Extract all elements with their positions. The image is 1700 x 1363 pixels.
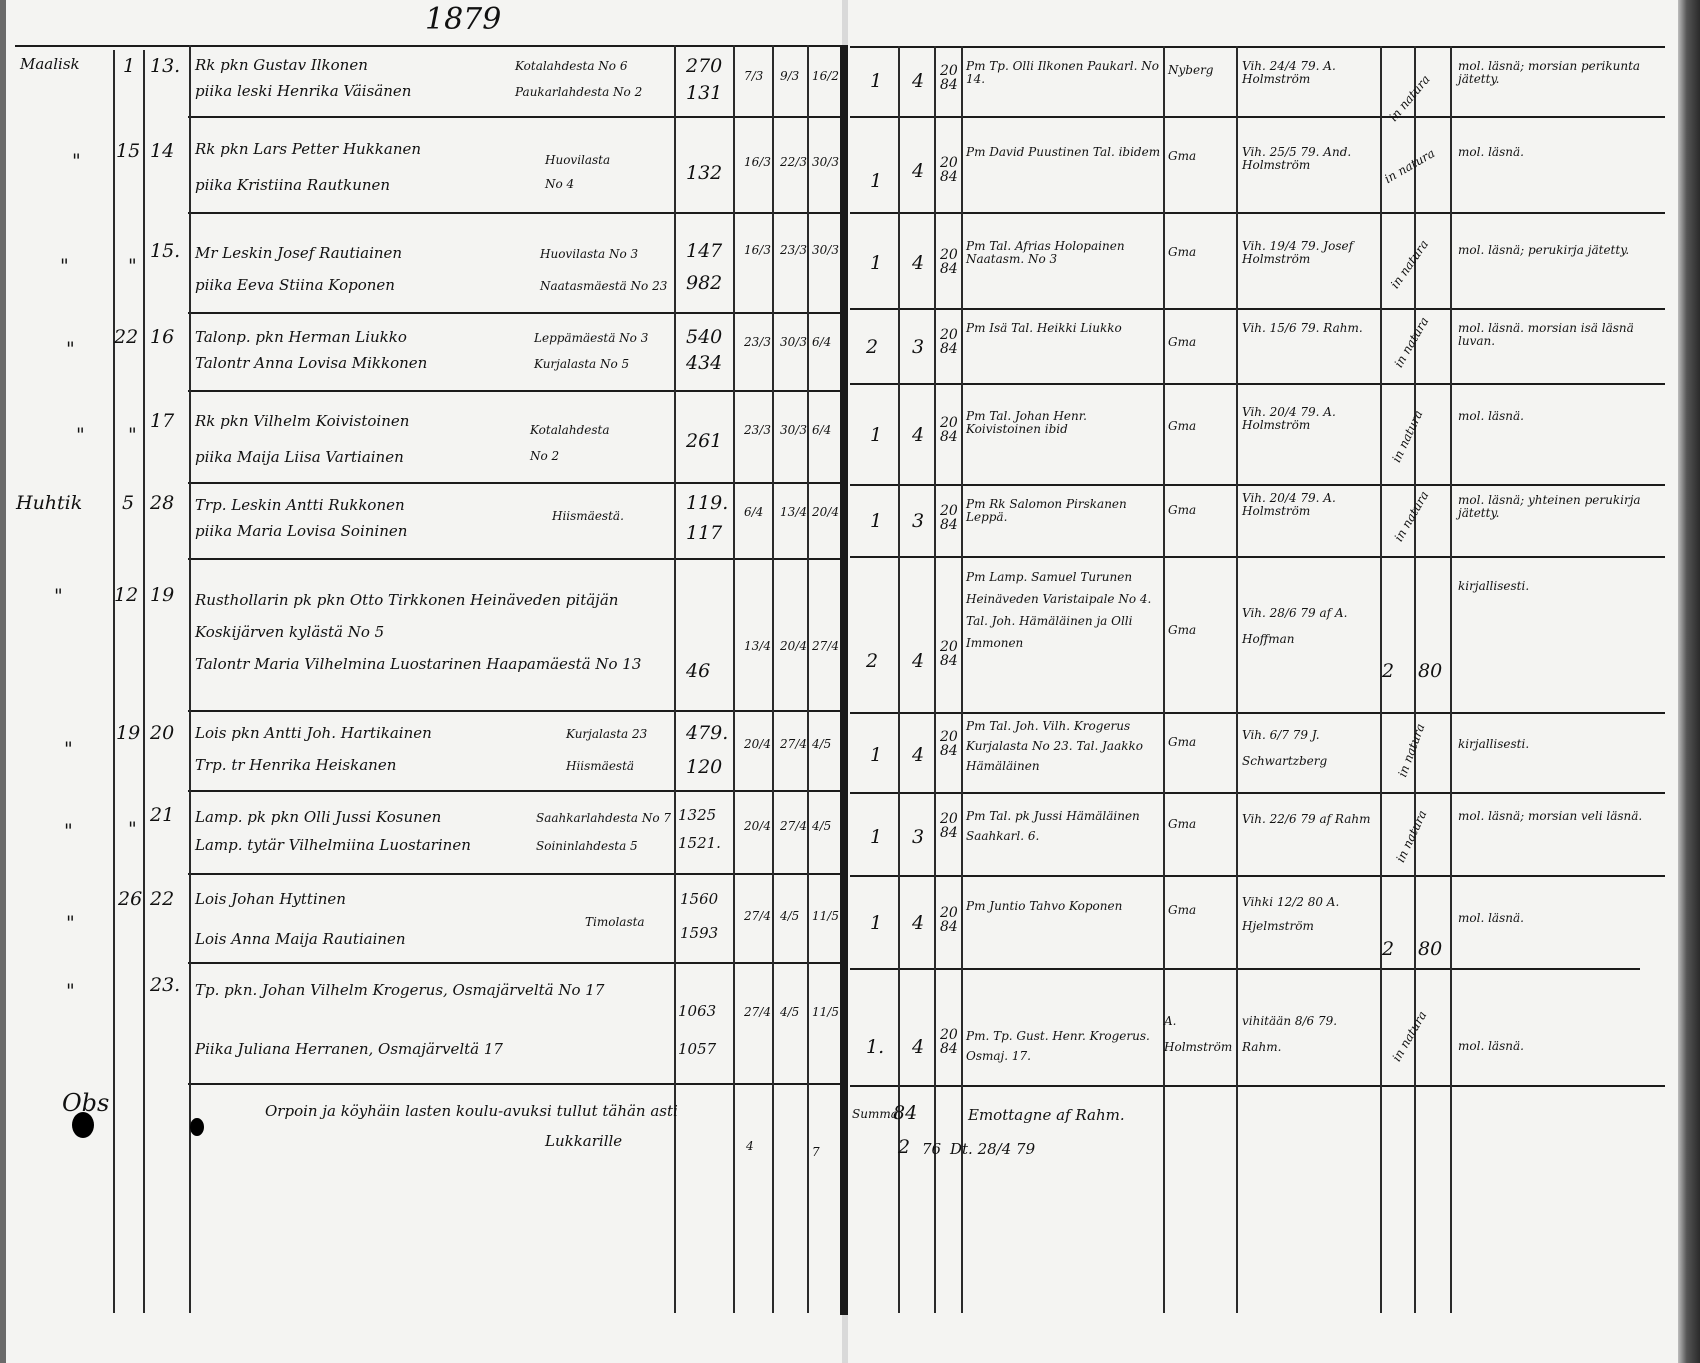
- received-date: Dt. 28/4 79: [950, 1140, 1035, 1158]
- banns-date: 16/3: [744, 244, 771, 257]
- page-ref: 982: [686, 272, 722, 294]
- witness: Pm Rk Salomon Pirskanen Leppä.: [966, 498, 1161, 524]
- recorder: Gma: [1168, 624, 1196, 637]
- bride: Lois Anna Maija Rautiainen: [195, 930, 406, 948]
- summa-sub: 2: [898, 1136, 910, 1158]
- column-rule: [772, 45, 774, 1313]
- recorder: Gma: [1168, 904, 1196, 917]
- entry-number: 20: [150, 722, 174, 744]
- fee: 2084: [940, 64, 958, 92]
- month: Huhtik: [16, 492, 82, 514]
- residence-bride: Naatasmäestä No 23: [540, 280, 667, 293]
- banns-date: 20/4: [744, 738, 771, 751]
- marriage-date: Vih. 22/6 79 af Rahm: [1242, 806, 1377, 832]
- col4: 4: [912, 912, 924, 934]
- page-ref: 1063: [678, 1002, 716, 1020]
- residence-bride: Hiismäestä: [566, 760, 634, 773]
- banns-date: 4/5: [780, 1006, 799, 1019]
- bride: Lamp. tytär Vilhelmiina Luostarinen: [195, 836, 471, 854]
- ink-blot: [190, 1118, 204, 1136]
- marriage-date: Vih. 19/4 79. Josef Holmström: [1242, 240, 1377, 266]
- groom: Mr Leskin Josef Rautiainen: [195, 244, 402, 262]
- witness: Pm David Puustinen Tal. ibidem: [966, 146, 1161, 159]
- banns-date: 30/3: [780, 424, 807, 437]
- banns: 2: [866, 336, 878, 358]
- rule: [188, 710, 840, 712]
- col4: 4: [912, 160, 924, 182]
- banns-date: 13/4: [744, 640, 771, 653]
- groom: Talonp. pkn Herman Liukko: [195, 328, 407, 346]
- banns-date: 13/4: [780, 506, 807, 519]
- col4: 3: [912, 336, 924, 358]
- notes: mol. läsnä.: [1458, 1040, 1663, 1053]
- book-gutter: [840, 45, 848, 1315]
- fee: 2084: [940, 328, 958, 356]
- banns-date: 16/3: [744, 156, 771, 169]
- page-ref: 1325: [678, 806, 716, 824]
- entry-number: 14: [150, 140, 174, 162]
- column-rule: [113, 50, 115, 1313]
- extra-fee: 80: [1418, 938, 1442, 960]
- day: ": [128, 255, 137, 277]
- notes: mol. läsnä.: [1458, 146, 1663, 159]
- summa-total: 84: [893, 1102, 917, 1124]
- extra-fee: 2: [1382, 938, 1394, 960]
- banns-date: 23/3: [744, 424, 771, 437]
- notes: mol. läsnä; morsian veli läsnä.: [1458, 810, 1663, 823]
- month: ": [60, 255, 69, 277]
- bride: Trp. tr Henrika Heiskanen: [195, 756, 396, 774]
- summary-line: Orpoin ja köyhäin lasten koulu-avuksi tu…: [265, 1102, 678, 1120]
- page-ref: 147: [686, 240, 722, 262]
- page-ref: 479.: [686, 722, 728, 744]
- col4: 4: [912, 70, 924, 92]
- month: ": [66, 980, 75, 1002]
- witness: Pm. Tp. Gust. Henr. Krogerus. Osmaj. 17.: [966, 1026, 1161, 1066]
- banns-date: 22/3: [780, 156, 807, 169]
- book-binding-edge: [1678, 0, 1700, 1363]
- fee: 2084: [940, 640, 958, 668]
- day: ": [128, 818, 137, 840]
- witness: Pm Lamp. Samuel Turunen Heinäveden Varis…: [966, 566, 1161, 654]
- banns: 1: [870, 170, 882, 192]
- page-ref: 131: [686, 82, 722, 104]
- column-rule: [674, 45, 676, 1313]
- witness: Pm Tal. Joh. Vilh. Krogerus Kurjalasta N…: [966, 716, 1161, 776]
- bride: piika leski Henrika Väisänen: [195, 82, 411, 100]
- page-ref: 540: [686, 326, 722, 348]
- fee: 2084: [940, 730, 958, 758]
- banns-date: 6/4: [744, 506, 763, 519]
- notes: mol. läsnä. morsian isä läsnä luvan.: [1458, 322, 1663, 348]
- fee: 2084: [940, 416, 958, 444]
- witness: Pm Tal. pk Jussi Hämäläinen Saahkarl. 6.: [966, 806, 1161, 846]
- rule: [188, 790, 840, 792]
- bride: piika Maija Liisa Vartiainen: [195, 448, 404, 466]
- groom: Trp. Leskin Antti Rukkonen: [195, 496, 405, 514]
- banns-date: 9/3: [780, 70, 799, 83]
- rule: [850, 484, 1665, 486]
- marriage-date: Vih. 24/4 79. A. Holmström: [1242, 60, 1377, 86]
- marriage-date: Vih. 25/5 79. And. Holmström: [1242, 146, 1377, 172]
- left-page: [0, 0, 842, 1363]
- banns: 1.: [866, 1036, 884, 1058]
- residence-bride: Kurjalasta No 5: [534, 358, 629, 371]
- month: Maalisk: [20, 55, 80, 73]
- rule: [850, 968, 1640, 970]
- day: 22: [114, 326, 138, 348]
- day: 5: [122, 492, 134, 514]
- rule: [188, 1083, 840, 1085]
- banns-date: 30/3: [812, 156, 839, 169]
- notes: mol. läsnä; morsian perikunta jätetty.: [1458, 60, 1663, 86]
- banns-date: 30/3: [812, 244, 839, 257]
- residence-groom: Leppämäestä No 3: [534, 332, 648, 345]
- received-note: Emottagne af Rahm.: [968, 1106, 1125, 1124]
- rule: [188, 558, 840, 560]
- banns-date: 27/4: [812, 640, 839, 653]
- column-rule: [1163, 46, 1165, 1313]
- residence-groom: Kotalahdesta No 6: [515, 60, 627, 73]
- groom: Lois Johan Hyttinen: [195, 890, 346, 908]
- month: ": [76, 424, 85, 446]
- banns-date: 7/3: [744, 70, 763, 83]
- rule: [850, 212, 1665, 214]
- entry-number: 16: [150, 326, 174, 348]
- marriage-date: Vih. 20/4 79. A. Holmström: [1242, 492, 1377, 518]
- page-ref: 132: [686, 162, 722, 184]
- banns: 1: [870, 70, 882, 92]
- banns: 1: [870, 252, 882, 274]
- column-rule: [733, 45, 735, 1313]
- banns-date: 11/5: [812, 1006, 839, 1019]
- entry-number: 22: [150, 888, 174, 910]
- residence-bride: Soininlahdesta 5: [536, 840, 638, 853]
- groom: Rusthollarin pk pkn Otto Tirkkonen Heinä…: [195, 584, 665, 648]
- banns: 2: [866, 650, 878, 672]
- groom: Tp. pkn. Johan Vilhelm Krogerus, Osmajär…: [195, 976, 655, 1004]
- bride: Piika Juliana Herranen, Osmajärveltä 17: [195, 1040, 503, 1058]
- banns: 1: [870, 912, 882, 934]
- banns-date: 27/4: [744, 910, 771, 923]
- witness: Pm Tal. Afrias Holopainen Naatasm. No 3: [966, 240, 1161, 266]
- residence-groom: Huovilasta: [545, 154, 610, 167]
- notes: mol. läsnä; yhteinen perukirja jätetty.: [1458, 494, 1663, 520]
- summa-label: Summa: [852, 1108, 898, 1121]
- recorder: Gma: [1168, 336, 1196, 349]
- residence-groom: Huovilasta No 3: [540, 248, 638, 261]
- groom: Rk pkn Vilhelm Koivistoinen: [195, 412, 409, 430]
- month: ": [66, 912, 75, 934]
- page-ref: 1057: [678, 1040, 716, 1058]
- banns-date: 23/3: [744, 336, 771, 349]
- day: 19: [116, 722, 140, 744]
- extra-fee: 2: [1382, 660, 1394, 682]
- residence-groom: Kotalahdesta: [530, 424, 609, 437]
- recorder: Gma: [1168, 246, 1196, 259]
- banns: 1: [870, 744, 882, 766]
- groom: Rk pkn Gustav Ilkonen: [195, 56, 368, 74]
- year-heading: 1879: [425, 2, 501, 37]
- banns-date: 6/4: [812, 336, 831, 349]
- residence: Timolasta: [585, 916, 645, 929]
- banns-date: 4/5: [812, 820, 831, 833]
- col4: 4: [912, 424, 924, 446]
- entry-number: 13.: [150, 55, 180, 77]
- entry-number: 28: [150, 492, 174, 514]
- month: ": [66, 338, 75, 360]
- day: 15: [116, 140, 140, 162]
- witness: Pm Tp. Olli Ilkonen Paukarl. No 14.: [966, 60, 1161, 86]
- column-rule: [1450, 46, 1452, 1313]
- notes: mol. läsnä.: [1458, 410, 1663, 423]
- fee: 2084: [940, 248, 958, 276]
- bride: piika Maria Lovisa Soininen: [195, 522, 407, 540]
- summa-sub2: 76: [922, 1140, 941, 1158]
- rule: [188, 312, 840, 314]
- residence-groom: Saahkarlahdesta No 7: [536, 812, 671, 825]
- fee: 2084: [940, 906, 958, 934]
- column-rule: [143, 50, 145, 1313]
- banns-date: 4/5: [812, 738, 831, 751]
- banns: 1: [870, 510, 882, 532]
- entry-number: 23.: [150, 974, 180, 996]
- summary-subline: Lukkarille: [545, 1132, 622, 1150]
- col4: 4: [912, 252, 924, 274]
- groom: Lois pkn Antti Joh. Hartikainen: [195, 724, 432, 742]
- rule: [850, 46, 1665, 48]
- recorder: Gma: [1168, 150, 1196, 163]
- rule: [188, 390, 840, 392]
- extra-fee: 80: [1418, 660, 1442, 682]
- witness: Pm Isä Tal. Heikki Liukko: [966, 322, 1161, 335]
- bride: Talontr Anna Lovisa Mikkonen: [195, 354, 427, 372]
- rule: [850, 556, 1665, 558]
- day: 26: [118, 888, 142, 910]
- entry-number: 15.: [150, 240, 180, 262]
- month: ": [64, 820, 73, 842]
- marriage-date: Vih. 6/7 79 J. Schwartzberg: [1242, 722, 1377, 774]
- banns: 1: [870, 826, 882, 848]
- entry-number: 19: [150, 584, 174, 606]
- recorder: Gma: [1168, 736, 1196, 749]
- rule: [188, 482, 840, 484]
- notes: kirjallisesti.: [1458, 738, 1663, 751]
- page-ref: 270: [686, 55, 722, 77]
- page-ref: 117: [686, 522, 722, 544]
- day: 1: [123, 55, 135, 77]
- groom: Rk pkn Lars Petter Hukkanen: [195, 140, 421, 158]
- marriage-date: Vih. 15/6 79. Rahm.: [1242, 322, 1377, 335]
- column-rule: [807, 45, 809, 1313]
- bride: piika Eeva Stiina Koponen: [195, 276, 395, 294]
- banns-date: 27/4: [780, 820, 807, 833]
- marriage-date: Vihki 12/2 80 A. Hjelmström: [1242, 890, 1352, 938]
- banns-date: 20/4: [780, 640, 807, 653]
- rule: [850, 875, 1665, 877]
- month: ": [72, 150, 81, 172]
- day: ": [128, 424, 137, 446]
- column-rule: [934, 46, 936, 1313]
- banns-date: 27/4: [744, 1006, 771, 1019]
- banns-date: 6/4: [812, 424, 831, 437]
- col4: 4: [912, 1036, 924, 1058]
- recorder: Gma: [1168, 818, 1196, 831]
- notes: kirjallisesti.: [1458, 580, 1663, 593]
- banns-date: 20/4: [812, 506, 839, 519]
- summary-value: 7: [812, 1146, 820, 1159]
- page-ref: 1560: [680, 890, 718, 908]
- column-rule: [1414, 46, 1416, 1313]
- residence: Hiismäestä.: [552, 510, 624, 523]
- column-rule: [1236, 46, 1238, 1313]
- rule: [850, 308, 1665, 310]
- groom: Lamp. pk pkn Olli Jussi Kosunen: [195, 808, 441, 826]
- page-ref: 261: [686, 430, 722, 452]
- fee: 2084: [940, 812, 958, 840]
- entry-number: 17: [150, 410, 174, 432]
- witness: Pm Tal. Johan Henr. Koivistoinen ibid: [966, 410, 1161, 436]
- fee: 2084: [940, 1028, 958, 1056]
- fee: 2084: [940, 156, 958, 184]
- banns-date: 30/3: [780, 336, 807, 349]
- col4: 3: [912, 826, 924, 848]
- rule: [188, 116, 840, 118]
- marriage-date: Vih. 20/4 79. A. Holmström: [1242, 406, 1377, 432]
- month: ": [54, 585, 63, 607]
- ink-blot: [72, 1112, 94, 1138]
- bride: piika Kristiina Rautkunen: [195, 176, 390, 194]
- fee: 2084: [940, 504, 958, 532]
- recorder: A. Holmström: [1164, 1008, 1234, 1060]
- notes: mol. läsnä; perukirja jätetty.: [1458, 244, 1663, 257]
- banns-date: 4/5: [780, 910, 799, 923]
- banns-date: 20/4: [744, 820, 771, 833]
- residence-bride: No 2: [530, 450, 559, 463]
- recorder: Gma: [1168, 420, 1196, 433]
- recorder: Gma: [1168, 504, 1196, 517]
- summary-value: 4: [746, 1140, 754, 1153]
- residence-groom: Kurjalasta 23: [566, 728, 647, 741]
- witness: Pm Juntio Tahvo Koponen: [966, 896, 1161, 916]
- marriage-date: Vih. 28/6 79 af A. Hoffman: [1242, 600, 1352, 652]
- page-ref: 120: [686, 756, 722, 778]
- col4: 4: [912, 744, 924, 766]
- rule: [850, 792, 1665, 794]
- day: 12: [114, 584, 138, 606]
- rule: [850, 116, 1665, 118]
- column-rule: [961, 46, 963, 1313]
- rule: [850, 1085, 1665, 1087]
- col4: 3: [912, 510, 924, 532]
- page-ref: 434: [686, 352, 722, 374]
- notes: mol. läsnä.: [1458, 912, 1663, 925]
- rule: [850, 383, 1665, 385]
- page-ref: 119.: [686, 492, 728, 514]
- rule: [850, 712, 1665, 714]
- rule: [188, 873, 840, 875]
- col4: 4: [912, 650, 924, 672]
- right-page: [848, 0, 1680, 1363]
- banns-date: 27/4: [780, 738, 807, 751]
- ledger-spread: 1879 Maalisk 1 13. Rk pkn Gustav Ilkonen…: [0, 0, 1700, 1363]
- entry-number: 21: [150, 804, 174, 826]
- recorder: Nyberg: [1168, 64, 1213, 77]
- rule: [15, 45, 840, 47]
- page-ref: 1521.: [678, 834, 721, 852]
- page-ref: 1593: [680, 924, 718, 942]
- rule: [188, 962, 840, 964]
- banns-date: 23/3: [780, 244, 807, 257]
- bride: Talontr Maria Vilhelmina Luostarinen Haa…: [195, 648, 665, 680]
- residence-bride: Paukarlahdesta No 2: [515, 86, 642, 99]
- banns-date: 11/5: [812, 910, 839, 923]
- banns: 1: [870, 424, 882, 446]
- rule: [188, 212, 840, 214]
- month: ": [64, 738, 73, 760]
- banns-date: 16/2: [812, 70, 839, 83]
- marriage-date: vihitään 8/6 79. Rahm.: [1242, 1008, 1377, 1060]
- residence-bride: No 4: [545, 178, 574, 191]
- page-ref: 46: [686, 660, 710, 682]
